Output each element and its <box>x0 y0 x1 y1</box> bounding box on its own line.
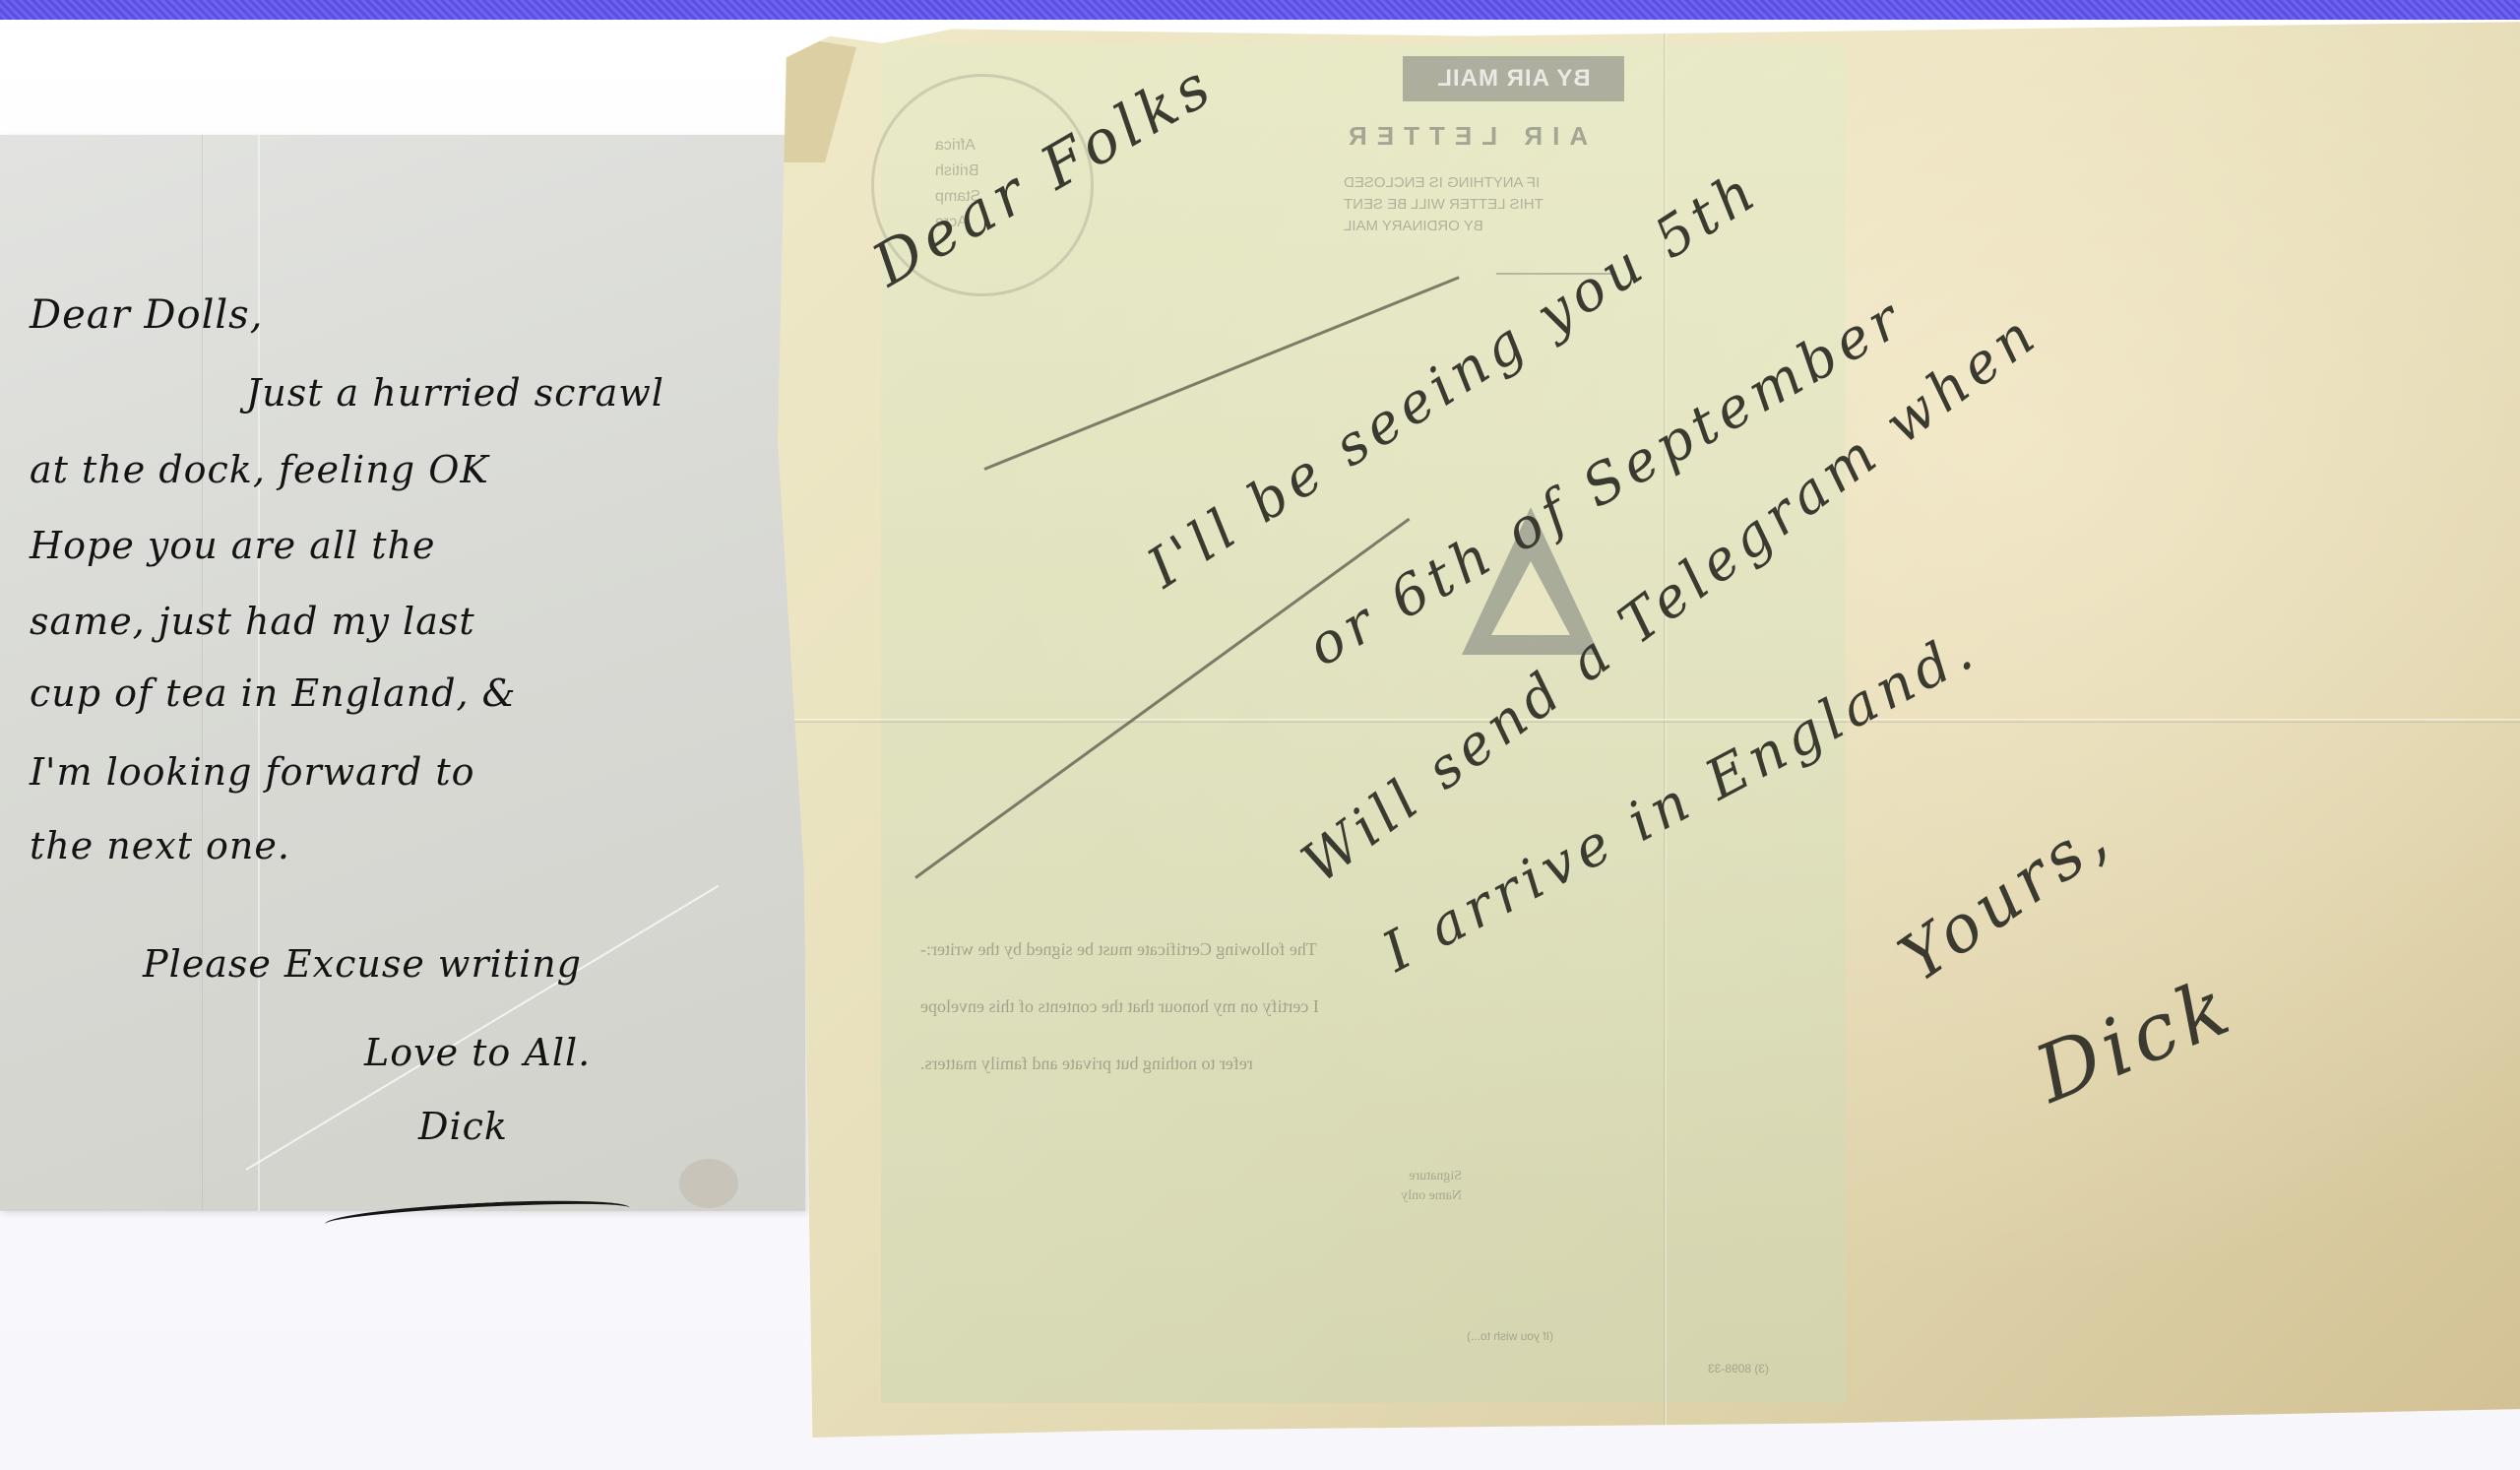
left-letter: Dear Dolls, Just a hurried scrawl at the… <box>0 135 805 1211</box>
letter-line: same, just had my last <box>30 600 475 643</box>
letter-signature: Dick <box>418 1105 508 1148</box>
notice-line: IF ANYTHING IS ENCLOSED <box>1344 172 1624 194</box>
signature-label: Signature Name only <box>1383 1167 1462 1206</box>
handwritten-signature: Dick <box>2023 959 2246 1120</box>
footer-note: (If you wish to...) <box>1467 1329 1553 1343</box>
fold-crease <box>778 719 2520 723</box>
paper-stain <box>679 1159 738 1208</box>
certificate-line: refer to nothing but private and family … <box>920 1035 1678 1092</box>
handwritten-closing: Yours, <box>1886 798 2125 996</box>
signature-label-line: Name only <box>1383 1186 1462 1206</box>
notice-line: BY ORDINARY MAIL <box>1344 216 1624 237</box>
certificate-text: The following Certificate must be signed… <box>920 921 1678 1092</box>
air-letter: Africa British Stamp Acre BY AIR MAIL AI… <box>778 15 2520 1438</box>
letter-line: I'm looking forward to <box>30 750 475 794</box>
signature-label-line: Signature <box>1383 1167 1462 1186</box>
notice-line: THIS LETTER WILL BE SENT <box>1344 194 1624 216</box>
letter-line: Hope you are all the <box>30 524 435 567</box>
letter-line: the next one. <box>30 824 290 867</box>
letter-salutation: Dear Dolls, <box>30 292 263 338</box>
letter-line: Just a hurried scrawl <box>246 371 664 415</box>
letter-line: at the dock, feeling OK <box>30 448 489 491</box>
certificate-line: I certify on my honour that the contents… <box>920 978 1678 1035</box>
airmail-label: BY AIR MAIL <box>1403 56 1624 101</box>
letter-line: cup of tea in England, & <box>30 671 517 715</box>
background-top-strip <box>0 0 2520 20</box>
footer-code: (3) 8098-33 <box>1708 1362 1769 1375</box>
certificate-line: The following Certificate must be signed… <box>920 921 1678 978</box>
letter-closing-line: Love to All. <box>364 1031 591 1074</box>
enclosure-notice: IF ANYTHING IS ENCLOSED THIS LETTER WILL… <box>1344 172 1624 237</box>
air-letter-title: AIR LETTER <box>1339 121 1624 152</box>
letter-closing-line: Please Excuse writing <box>143 942 582 986</box>
